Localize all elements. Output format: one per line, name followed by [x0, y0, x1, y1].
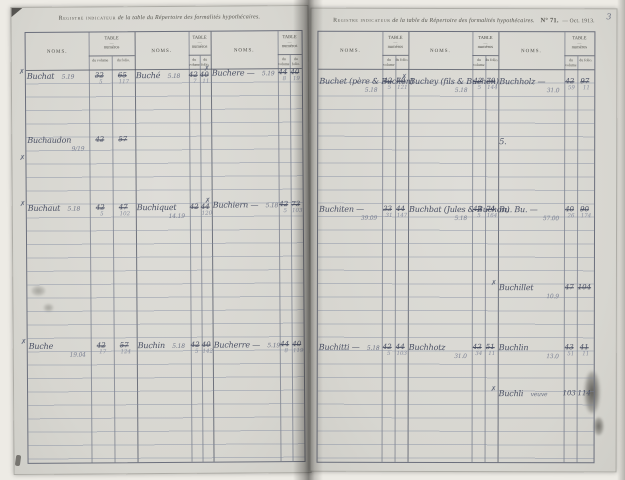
entry-date-note: 5.18	[367, 345, 380, 352]
entry-folio-cell: 40 119	[291, 340, 303, 354]
left-page: Registre indicateur de la table du Réper…	[10, 5, 311, 475]
col-header-table: TABLE — numéros	[472, 32, 498, 56]
entry-volume-cell: 42	[189, 203, 200, 211]
ledger-entry: ✗ Buchli veuve 103 114	[499, 389, 593, 402]
entry-volume-cell: 43 51	[563, 343, 576, 357]
title-caps: Registre indicateur	[59, 15, 116, 21]
entry-name-text: Buchat	[27, 72, 55, 81]
page-title: Registre indicateur de la table du Réper…	[11, 14, 307, 22]
col-header-noms: NOMS.	[26, 33, 89, 71]
entry-folio-subnumber: 124	[121, 349, 132, 355]
entry-name: ✗ Buchere — 5.19	[212, 68, 277, 81]
entry-subnote: 5.18	[365, 86, 378, 93]
entry-name: ✗ Buchli veuve	[499, 389, 563, 402]
x-mark: ✗	[204, 65, 210, 73]
entry-volume-cell: 42 5	[190, 341, 201, 355]
col-header-volume: du volume	[278, 55, 290, 69]
entry-name-text: Buchli	[499, 389, 524, 398]
entry-name: Buchiten — 39.09	[319, 205, 381, 218]
ledger-entry: Buchiquet 14.19 42 44 120	[137, 203, 211, 218]
entry-folio-subnumber: 147	[397, 213, 408, 219]
col-header-folio: du folio.	[577, 56, 594, 70]
entry-volume-number: 43	[565, 343, 574, 351]
entry-name-text: Buchet (père & Buchon)	[319, 77, 413, 86]
entry-volume-number: 43	[473, 343, 482, 351]
entry-volume-subnumber: 8	[285, 348, 289, 354]
col-header-table-line2: numéros	[564, 44, 594, 50]
entry-name-text: Buché	[136, 71, 160, 80]
col-header-table-line2: numéros	[472, 44, 498, 50]
entry-folio-subnumber: 103	[292, 208, 303, 214]
entry-volume-cell: 33 31	[381, 205, 394, 219]
entry-folio-cell: 57 124	[113, 341, 136, 355]
col-header-table: TABLE — numéros	[89, 32, 135, 56]
entry-volume-subnumber: 5	[99, 79, 103, 85]
entry-name: ✗ Buchaut 5.18	[28, 204, 89, 217]
entry-volume-number: 42	[189, 71, 198, 79]
entry-volume-subnumber: 5	[284, 208, 288, 214]
col-header-noms-label: NOMS.	[234, 48, 255, 53]
entry-volume-cell: 44 8	[279, 340, 291, 354]
entry-folio-subnumber: 103	[397, 351, 408, 357]
entry-volume-number: 44	[278, 68, 287, 76]
entry-name: Buchin 5.18	[138, 341, 190, 354]
col-header-noms-label: NOMS.	[151, 48, 172, 53]
entry-folio-cell: 40 11	[199, 71, 210, 85]
ruled-rows	[26, 69, 305, 463]
entry-folio-subnumber: 11	[202, 79, 209, 85]
entry-folio-subnumber: 11	[583, 85, 590, 91]
entry-folio-cell: 90 174	[576, 205, 593, 219]
x-mark: ✗	[19, 154, 25, 162]
entry-folio-cell: 97 11	[576, 77, 593, 91]
ledger-entry: Bu. Bu. — 57.00 40 26 90 174	[499, 205, 593, 219]
entry-date-note: 5.19	[267, 342, 280, 349]
entry-name: Buchlin 13.0	[499, 343, 563, 356]
title-rest: de la table du Répertoire des formalités…	[392, 18, 535, 24]
entry-volume-cell: 40 26	[563, 205, 576, 219]
entry-folio-number: 114	[577, 389, 590, 397]
title-rest: de la table du Répertoire des formalités…	[118, 14, 261, 21]
entry-volume-number: 42	[97, 341, 106, 349]
entry-folio-number: 44	[396, 205, 405, 213]
entry-subnote: 31.0	[547, 87, 560, 94]
entry-folio-subnumber: 11	[582, 351, 589, 357]
ruled-rows	[318, 70, 595, 463]
col-header-table: TABLE — numéros	[278, 31, 302, 55]
x-mark: ✗	[19, 68, 25, 76]
col-header-volume: du volume	[189, 56, 200, 70]
entry-name: Buchaudon 9/19	[27, 136, 88, 149]
entry-folio-number: 65	[118, 71, 127, 79]
entry-folio-number: 57	[120, 341, 129, 349]
entry-date-note: 5.18	[266, 202, 279, 209]
col-header-volume: du volume	[472, 56, 485, 70]
entry-volume-subnumber: 34	[475, 351, 482, 357]
ledger-entry: ✗ Buchillet 10.9 47 104	[499, 283, 593, 296]
entry-name-text: Buchillet	[499, 283, 534, 292]
entry-volume-number: 42	[279, 200, 288, 208]
entry-folio-cell: 41 11	[576, 343, 593, 357]
entry-name-text: Bu. Bu. —	[499, 205, 537, 214]
page-title: Registre indicateur de la table du Réper…	[311, 17, 616, 25]
entry-subnote: 5.18	[455, 86, 468, 93]
ledger-entry: Buchet (père & Buchon) 5.18 42 5 70 121	[319, 77, 407, 91]
right-entries-layer: Buchet (père & Buchon) 5.18 42 5 70 121 …	[311, 9, 616, 10]
entry-name: Buchhotz 31.0	[409, 343, 471, 356]
col-header-noms: NOMS.	[211, 31, 278, 69]
entry-name-text: Buchholz —	[499, 77, 545, 86]
entry-volume-subnumber: 5	[100, 211, 104, 217]
col-header-table: TABLE — numéros	[189, 32, 211, 56]
entry-volume-cell: 42 5	[278, 200, 290, 214]
entry-name-text: 5.	[499, 137, 506, 146]
col-header-noms-label: NOMS.	[521, 49, 542, 54]
ledger-entry: Bucherre — 5.19 44 8 40 119	[214, 340, 303, 355]
entry-date-note: 5.19	[62, 74, 75, 81]
scan-edge-artifact	[15, 455, 21, 467]
entry-volume-number: 42	[95, 135, 104, 143]
col-header-noms: NOMS.	[318, 32, 382, 70]
entry-volume-number: 103	[562, 389, 575, 397]
entry-folio-number: 40	[290, 68, 299, 76]
entry-volume-cell: 43 34	[471, 343, 484, 357]
entry-name: ✗ Buchat 5.19	[27, 72, 88, 85]
entry-folio-cell: 104	[576, 283, 593, 291]
x-mark: ✗	[491, 279, 497, 287]
col-header-table-line2: numéros	[89, 44, 135, 50]
entry-volume-number: 42	[190, 203, 199, 211]
col-header-volume: du volume	[382, 56, 395, 70]
entry-volume-number: 42	[96, 203, 105, 211]
ledger-entry: 5.	[499, 137, 593, 150]
entry-volume-subnumber: 5	[195, 349, 199, 355]
entry-folio-subnumber: 120	[202, 211, 213, 217]
entry-date-note: 5.18	[172, 343, 185, 350]
col-header-noms: NOMS.	[498, 32, 564, 70]
col-header-table-line2: numéros	[382, 43, 408, 49]
col-header-volume: du volume	[564, 56, 577, 70]
entry-volume-cell: 42	[88, 135, 111, 143]
entry-folio-cell: 40 142	[201, 341, 212, 355]
entry-volume-number: 42	[191, 341, 200, 349]
entry-name: 5.	[499, 137, 563, 150]
entry-folio-cell: 51 11	[484, 343, 497, 357]
ledger-entry: ✗ Buchere — 5.19 44 8 40 19	[212, 68, 301, 83]
entry-folio-cell: 65 117	[111, 71, 134, 85]
entry-subnote: 57.00	[543, 215, 559, 222]
entry-name-text: Buchaudon	[27, 136, 71, 145]
page-corner-number: 3	[606, 12, 611, 21]
scanned-ledger-spread: Registre indicateur de la table du Réper…	[0, 0, 625, 480]
entry-volume-subnumber: 8	[283, 76, 287, 82]
entry-name: ✗	[27, 158, 88, 171]
entry-name-text: Buche	[29, 342, 53, 351]
entry-folio-cell: 40 19	[289, 68, 301, 82]
col-header-noms: NOMS.	[135, 32, 189, 70]
entry-subnote: 39.09	[361, 214, 377, 221]
entry-volume-cell: 32 5	[88, 71, 111, 85]
entry-name-text: Buchitti —	[319, 343, 360, 352]
col-header-table: TABLE — numéros	[382, 32, 408, 56]
form-date: — Oct. 1913.	[562, 18, 594, 24]
entry-folio-number: 41	[580, 343, 589, 351]
entry-volume-number: 40	[565, 205, 574, 213]
entry-folio-cell: 114	[576, 389, 593, 397]
entry-volume-subnumber: 5	[387, 351, 391, 357]
entry-volume-subnumber: 17	[99, 349, 106, 355]
entry-folio-subnumber: 11	[488, 351, 495, 357]
left-entries-layer: ✗ Buchat 5.19 32 5 65 117 Buché 5.18 42 …	[11, 6, 307, 8]
right-page: Registre indicateur de la table du Réper…	[310, 8, 618, 473]
entry-name-text: Buchlin	[499, 343, 529, 352]
title-caps: Registre indicateur	[333, 18, 390, 24]
entry-subnote: 31.0	[454, 352, 467, 359]
ledger-entry: Buchitti — 5.18 42 5 44 103	[319, 343, 407, 357]
entry-folio-number: 47	[119, 203, 128, 211]
entry-date-note: 5.18	[168, 73, 181, 80]
entry-volume-number: 42	[565, 77, 574, 85]
x-mark: ✗	[491, 385, 497, 393]
entry-volume-cell: 47	[563, 283, 576, 291]
x-mark: ✗	[205, 197, 211, 205]
entry-name-text: Buchaut	[28, 204, 60, 213]
entry-folio-number: 90	[580, 205, 589, 213]
entry-volume-number: 32	[95, 71, 104, 79]
entry-folio-subnumber: 119	[293, 348, 304, 354]
entry-folio-number: 40	[202, 341, 211, 349]
ledger-entry: Buchlin 13.0 43 51 41 11	[499, 343, 593, 357]
ledger-entry: Buchbat (Jules & Buchon) 5.18 42 5 74 16…	[409, 205, 497, 219]
entry-volume-cell: 103	[563, 389, 576, 397]
entry-name-text: Buchin	[138, 341, 165, 350]
ledger-entry: ✗ Buchat 5.19 32 5 65 117	[27, 71, 134, 86]
ledger-entry: Buchholz — 31.0 42 59 97 11	[499, 77, 593, 91]
ledger-entry: ✗ Buche 19.04 42 17 57 124	[29, 341, 136, 356]
entry-folio-cell: 44 120	[200, 203, 211, 217]
col-header-folio: du folio.	[395, 56, 408, 70]
entry-name-text: Buchbat (Jules & Buchon)	[409, 205, 509, 214]
ledger-entry: ✗	[27, 157, 134, 171]
ledger-entry: Buché 5.18 42 7 40 11	[136, 71, 210, 86]
entry-name: Bu. Bu. — 57.00	[499, 205, 563, 218]
entry-subnote: 5.18	[454, 214, 467, 221]
entry-name: Buchiquet 14.19	[137, 203, 189, 216]
col-header-noms-label: NOMS.	[340, 48, 361, 53]
entry-folio-number: 51	[486, 343, 495, 351]
entry-name: Buchet (père & Buchon) 5.18	[319, 77, 381, 90]
x-mark: ✗	[401, 73, 407, 81]
entry-volume-cell: 44 8	[277, 68, 289, 82]
form-number: N° 71.	[540, 17, 558, 24]
entry-name: Buchitti — 5.18	[319, 343, 381, 356]
entry-name: ✗ Buchey (fils & Buchon) 5.18	[409, 77, 471, 90]
entry-name-text: Buchhotz	[409, 343, 445, 352]
entry-volume-subnumber: 7	[193, 79, 197, 85]
binding-smudge	[594, 417, 604, 435]
entry-folio-cell: 73 103	[290, 200, 302, 214]
entry-subnote: 14.19	[169, 212, 185, 219]
entry-folio-subnumber: 117	[119, 79, 130, 85]
entry-volume-cell: 42 17	[90, 341, 113, 355]
ledger-entry: Buchiten — 39.09 33 31 44 147	[319, 205, 407, 219]
entry-name-text: Bucherre —	[214, 340, 260, 349]
entry-volume-number: 42	[383, 343, 392, 351]
entry-name-text: Buchiten —	[319, 205, 364, 214]
entry-subnote: 13.0	[546, 353, 559, 360]
entry-subnote: 19.04	[70, 351, 86, 358]
entry-folio-number: 97	[580, 77, 589, 85]
entry-name-text: Buchiquet	[137, 203, 177, 212]
col-header-table: TABLE — numéros	[564, 32, 594, 56]
entry-name-text: Buchey (fils & Buchon)	[409, 77, 498, 86]
entry-name: ✗ Buchillet 10.9	[499, 283, 563, 296]
entry-folio-number: 57	[118, 135, 127, 143]
entry-volume-cell: 42 59	[563, 77, 576, 91]
entry-folio-subnumber: 174	[581, 213, 592, 219]
entry-subnote: 10.9	[546, 293, 559, 300]
entry-folio-number: 40	[292, 340, 301, 348]
ledger-entry: ✗ Buchiern — 5.18 42 5 73 103	[213, 200, 302, 215]
entry-name: Buchholz — 31.0	[499, 77, 563, 90]
entry-folio-subnumber: 19	[293, 76, 300, 82]
col-header-folio: du folio.	[290, 55, 302, 69]
entry-name: Buché 5.18	[136, 71, 188, 84]
entry-name: ✗ Buche 19.04	[29, 342, 90, 355]
entry-folio-number: 44	[396, 343, 405, 351]
entry-volume-subnumber: 59	[568, 85, 575, 91]
entry-date-note: 5.19	[262, 70, 275, 77]
entry-volume-cell: 42 7	[188, 71, 199, 85]
ledger-table-left: NOMS. TABLE — numéros du volume du folio…	[25, 30, 306, 464]
col-header-table-line2: numéros	[189, 43, 211, 49]
col-header-noms: NOMS.	[408, 32, 472, 70]
entry-folio-cell: 44 147	[394, 205, 407, 219]
entry-volume-cell: 42 5	[381, 343, 394, 357]
col-header-folio: du folio.	[485, 56, 498, 70]
entry-volume-subnumber: 26	[568, 213, 575, 219]
entry-folio-subnumber: 142	[203, 349, 214, 355]
ledger-entry: ✗ Buchey (fils & Buchon) 5.18 42 5 70 14…	[409, 77, 497, 91]
entry-folio-cell: 47 102	[112, 203, 135, 217]
entry-name-text: Buchere —	[212, 68, 255, 77]
entry-name: Bucherre — 5.19	[214, 340, 279, 353]
entry-name: Buchbat (Jules & Buchon) 5.18	[409, 205, 471, 218]
entry-volume-subnumber: 51	[567, 351, 574, 357]
ledger-entry: Buchhotz 31.0 43 34 51 11	[409, 343, 497, 357]
entry-folio-cell: 57	[111, 135, 134, 143]
entry-volume-number: 44	[280, 340, 289, 348]
entry-volume-number: 47	[565, 283, 574, 291]
x-mark: ✗	[20, 200, 26, 208]
entry-volume-cell: 42 5	[89, 203, 112, 217]
col-header-noms-label: NOMS.	[47, 49, 68, 54]
ledger-entry: ✗ Buchaut 5.18 42 5 47 102	[28, 203, 135, 218]
entry-volume-number: 33	[383, 205, 392, 213]
entry-date-note: 5.18	[68, 206, 81, 213]
entry-date-note: veuve	[531, 391, 548, 398]
col-header-noms-label: NOMS.	[430, 48, 451, 53]
entry-folio-subnumber: 102	[120, 211, 131, 217]
col-header-table-line2: numéros	[278, 43, 302, 49]
ledger-entry: Buchaudon 9/19 42 57	[27, 135, 134, 149]
x-mark: ✗	[21, 338, 27, 346]
entry-name: ✗ Buchiern — 5.18	[213, 200, 278, 213]
entry-subnote: 9/19	[72, 145, 85, 152]
entry-folio-cell: 44 103	[394, 343, 407, 357]
entry-name-text: Buchiern —	[213, 200, 259, 209]
entry-folio-number: 104	[578, 283, 591, 291]
ledger-entry: Buchin 5.18 42 5 40 142	[138, 341, 212, 356]
entry-volume-subnumber: 31	[386, 213, 393, 219]
entry-folio-number: 73	[291, 200, 300, 208]
